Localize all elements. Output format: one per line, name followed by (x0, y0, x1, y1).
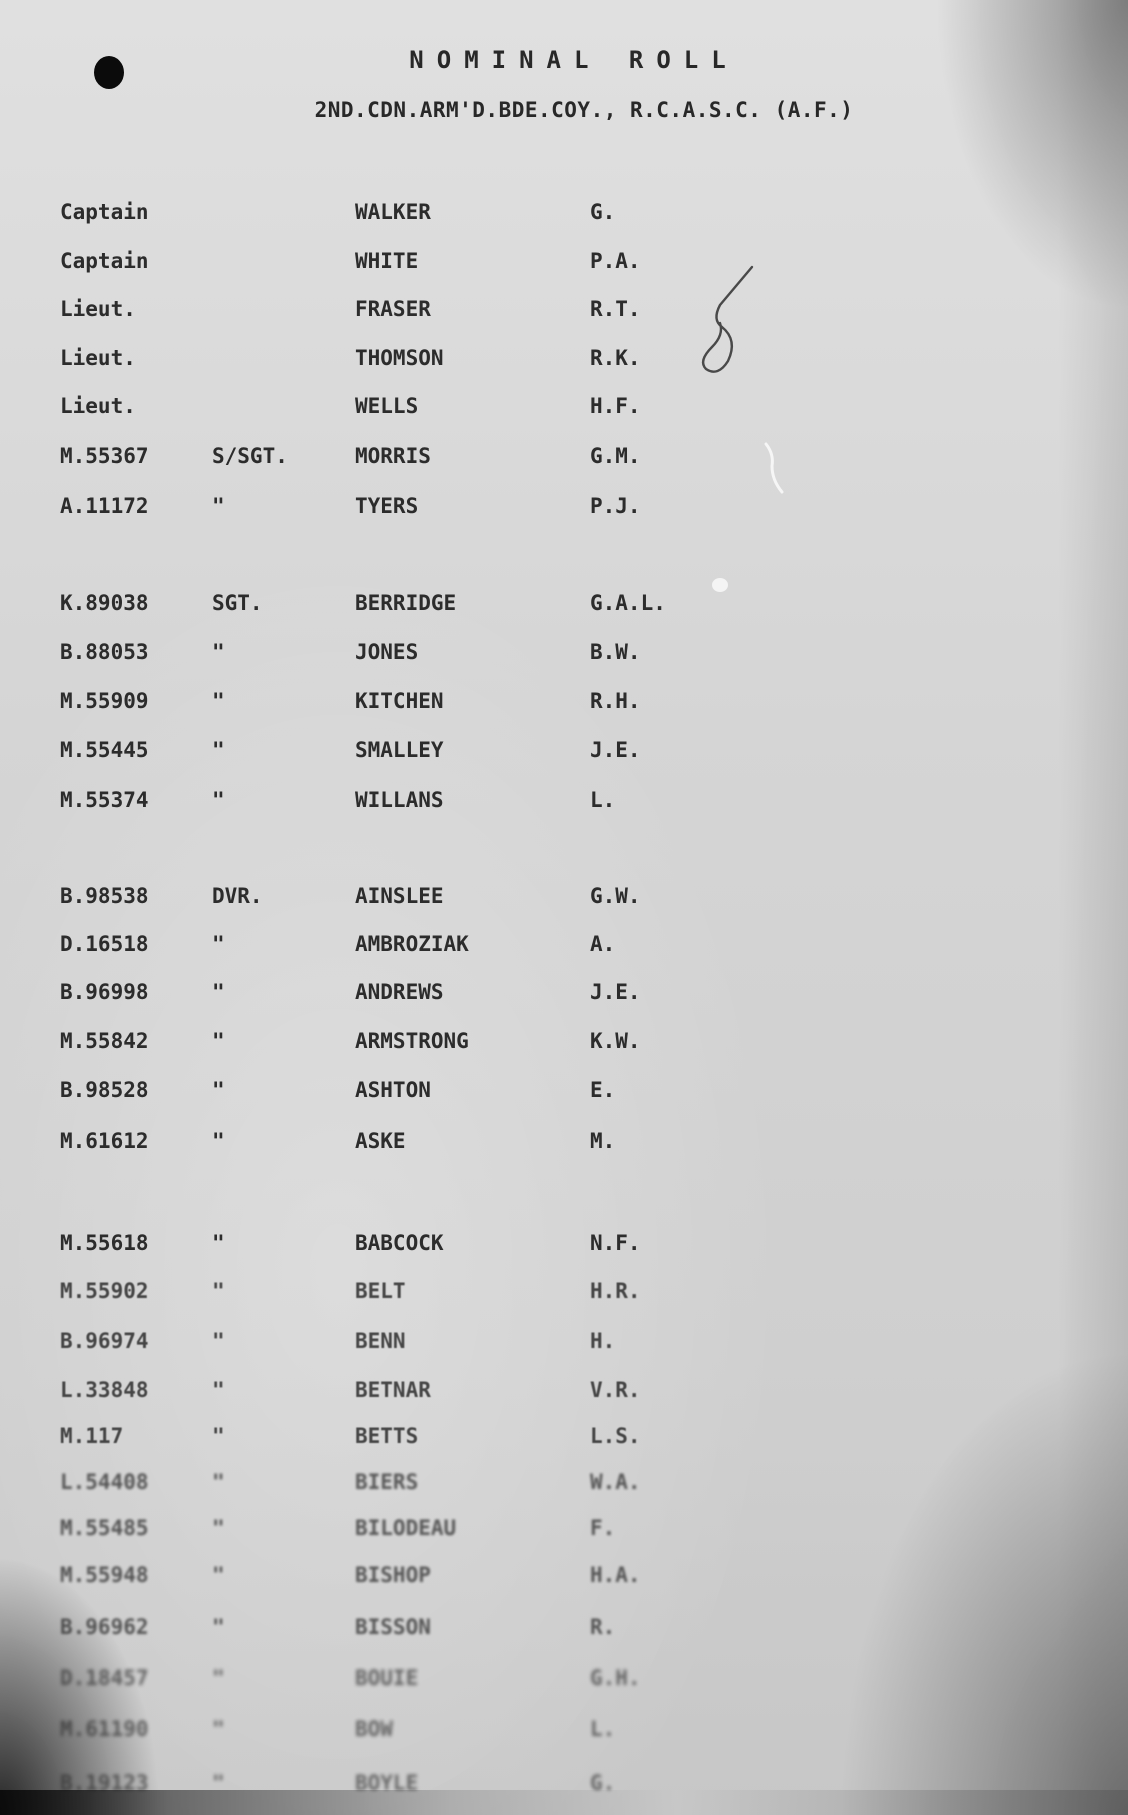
roll-entry: M.61190"BOWL. (0, 1717, 1128, 1747)
service-number: A.11172 (60, 494, 149, 518)
service-number: B.88053 (60, 640, 149, 664)
initials: G.M. (590, 444, 641, 468)
rank: " (212, 1470, 225, 1494)
rank: " (212, 1329, 225, 1353)
service-number: B.98528 (60, 1078, 149, 1102)
roll-entry: B.96974"BENNH. (0, 1329, 1128, 1359)
initials: H.A. (590, 1563, 641, 1587)
roll-entry: M.55909"KITCHENR.H. (0, 689, 1128, 719)
initials: R. (590, 1615, 615, 1639)
initials: L. (590, 788, 615, 812)
service-number: M.55842 (60, 1029, 149, 1053)
roll-entry: D.18457"BOUIEG.H. (0, 1666, 1128, 1696)
roll-entry: M.61612"ASKEM. (0, 1129, 1128, 1159)
service-number: D.18457 (60, 1666, 149, 1690)
roll-entry: D.16518"AMBROZIAKA. (0, 932, 1128, 962)
roll-entry: B.96998"ANDREWSJ.E. (0, 980, 1128, 1010)
scanned-page: NOMINAL ROLL 2ND.CDN.ARM'D.BDE.COY., R.C… (0, 0, 1128, 1815)
service-number: Lieut. (60, 346, 136, 370)
surname: JONES (355, 640, 418, 664)
rank: " (212, 738, 225, 762)
service-number: M.55909 (60, 689, 149, 713)
bottom-edge-shadow (0, 1790, 1128, 1815)
surname: BENN (355, 1329, 406, 1353)
roll-entry: M.55842"ARMSTRONGK.W. (0, 1029, 1128, 1059)
rank: " (212, 1666, 225, 1690)
service-number: M.55367 (60, 444, 149, 468)
roll-entry: M.117"BETTSL.S. (0, 1424, 1128, 1454)
initials: W.A. (590, 1470, 641, 1494)
rank: " (212, 980, 225, 1004)
surname: SMALLEY (355, 738, 444, 762)
initials: R.H. (590, 689, 641, 713)
roll-entry: L.33848"BETNARV.R. (0, 1378, 1128, 1408)
roll-entry: M.55445"SMALLEYJ.E. (0, 738, 1128, 768)
service-number: M.55445 (60, 738, 149, 762)
surname: WALKER (355, 200, 431, 224)
initials: P.J. (590, 494, 641, 518)
surname: TYERS (355, 494, 418, 518)
service-number: M.55374 (60, 788, 149, 812)
roll-entry: M.55948"BISHOPH.A. (0, 1563, 1128, 1593)
surname: ARMSTRONG (355, 1029, 469, 1053)
rank: " (212, 1129, 225, 1153)
surname: BABCOCK (355, 1231, 444, 1255)
surname: AINSLEE (355, 884, 444, 908)
initials: L. (590, 1717, 615, 1741)
service-number: M.61190 (60, 1717, 149, 1741)
service-number: M.61612 (60, 1129, 149, 1153)
service-number: M.55948 (60, 1563, 149, 1587)
surname: AMBROZIAK (355, 932, 469, 956)
service-number: M.55902 (60, 1279, 149, 1303)
surname: KITCHEN (355, 689, 444, 713)
surname: BIERS (355, 1470, 418, 1494)
initials: R.T. (590, 297, 641, 321)
rank: " (212, 1615, 225, 1639)
roll-entry: B.88053"JONESB.W. (0, 640, 1128, 670)
initials: N.F. (590, 1231, 641, 1255)
surname: BELT (355, 1279, 406, 1303)
surname: BERRIDGE (355, 591, 456, 615)
initials: G. (590, 200, 615, 224)
rank: " (212, 1279, 225, 1303)
service-number: M.117 (60, 1424, 123, 1448)
initials: F. (590, 1516, 615, 1540)
roll-entry: M.55367S/SGT.MORRISG.M. (0, 444, 1128, 474)
rank: " (212, 1516, 225, 1540)
service-number: D.16518 (60, 932, 149, 956)
rank: " (212, 788, 225, 812)
service-number: M.55485 (60, 1516, 149, 1540)
surname: ASHTON (355, 1078, 431, 1102)
rank: SGT. (212, 591, 263, 615)
surname: THOMSON (355, 346, 444, 370)
surname: BISSON (355, 1615, 431, 1639)
surname: WELLS (355, 394, 418, 418)
initials: G.A.L. (590, 591, 666, 615)
surname: BETTS (355, 1424, 418, 1448)
service-number: M.55618 (60, 1231, 149, 1255)
roll-entry: M.55374"WILLANSL. (0, 788, 1128, 818)
roll-entry: CaptainWHITEP.A. (0, 249, 1128, 279)
initials: A. (590, 932, 615, 956)
initials: J.E. (590, 738, 641, 762)
initials: K.W. (590, 1029, 641, 1053)
roll-entry: K.89038SGT.BERRIDGEG.A.L. (0, 591, 1128, 621)
rank: " (212, 689, 225, 713)
service-number: Captain (60, 200, 149, 224)
document-subtitle: 2ND.CDN.ARM'D.BDE.COY., R.C.A.S.C. (A.F.… (0, 98, 1128, 122)
surname: BETNAR (355, 1378, 431, 1402)
rank: " (212, 932, 225, 956)
surname: ANDREWS (355, 980, 444, 1004)
roll-entry: M.55618"BABCOCKN.F. (0, 1231, 1128, 1261)
service-number: K.89038 (60, 591, 149, 615)
initials: R.K. (590, 346, 641, 370)
surname: BOW (355, 1717, 393, 1741)
service-number: B.96962 (60, 1615, 149, 1639)
surname: ASKE (355, 1129, 406, 1153)
service-number: B.96998 (60, 980, 149, 1004)
service-number: B.96974 (60, 1329, 149, 1353)
service-number: Lieut. (60, 394, 136, 418)
roll-entry: Lieut.WELLSH.F. (0, 394, 1128, 424)
roll-entry: L.54408"BIERSW.A. (0, 1470, 1128, 1500)
initials: L.S. (590, 1424, 641, 1448)
surname: FRASER (355, 297, 431, 321)
initials: E. (590, 1078, 615, 1102)
roll-entry: B.98528"ASHTONE. (0, 1078, 1128, 1108)
rank: DVR. (212, 884, 263, 908)
dust-spot (712, 578, 728, 592)
rank: " (212, 1231, 225, 1255)
film-scratch (760, 440, 790, 500)
surname: BISHOP (355, 1563, 431, 1587)
initials: M. (590, 1129, 615, 1153)
rank: " (212, 1424, 225, 1448)
roll-entry: B.96962"BISSONR. (0, 1615, 1128, 1645)
rank: " (212, 1029, 225, 1053)
surname: WILLANS (355, 788, 444, 812)
handwritten-five-mark (690, 265, 760, 380)
roll-entry: Lieut.THOMSONR.K. (0, 346, 1128, 376)
service-number: B.98538 (60, 884, 149, 908)
roll-entry: M.55902"BELTH.R. (0, 1279, 1128, 1309)
roll-entry: A.11172"TYERSP.J. (0, 494, 1128, 524)
surname: MORRIS (355, 444, 431, 468)
surname: WHITE (355, 249, 418, 273)
rank: " (212, 640, 225, 664)
initials: H.R. (590, 1279, 641, 1303)
initials: J.E. (590, 980, 641, 1004)
document-title: NOMINAL ROLL (0, 46, 1128, 74)
surname: BILODEAU (355, 1516, 456, 1540)
initials: V.R. (590, 1378, 641, 1402)
roll-entry: B.98538DVR.AINSLEEG.W. (0, 884, 1128, 914)
rank: " (212, 1717, 225, 1741)
initials: B.W. (590, 640, 641, 664)
rank: " (212, 1563, 225, 1587)
service-number: L.33848 (60, 1378, 149, 1402)
service-number: Lieut. (60, 297, 136, 321)
rank: " (212, 1378, 225, 1402)
rank: " (212, 1078, 225, 1102)
rank: S/SGT. (212, 444, 288, 468)
roll-entry: Lieut.FRASERR.T. (0, 297, 1128, 327)
roll-entry: M.55485"BILODEAUF. (0, 1516, 1128, 1546)
rank: " (212, 494, 225, 518)
initials: G.H. (590, 1666, 641, 1690)
initials: H. (590, 1329, 615, 1353)
surname: BOUIE (355, 1666, 418, 1690)
initials: H.F. (590, 394, 641, 418)
initials: G.W. (590, 884, 641, 908)
initials: P.A. (590, 249, 641, 273)
roll-entry: CaptainWALKERG. (0, 200, 1128, 230)
service-number: Captain (60, 249, 149, 273)
service-number: L.54408 (60, 1470, 149, 1494)
